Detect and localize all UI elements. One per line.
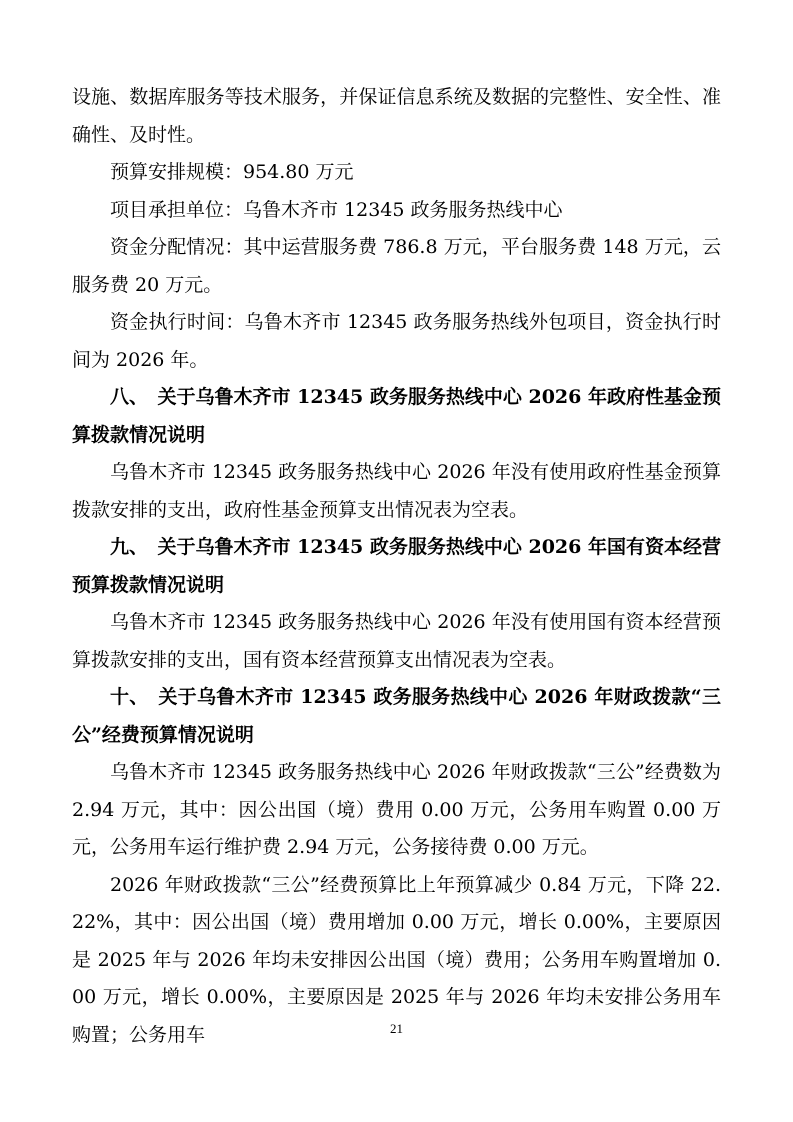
page-number: 21	[0, 1020, 793, 1038]
paragraph: 预算安排规模：954.80 万元	[72, 154, 721, 192]
paragraph: 设施、数据库服务等技术服务，并保证信息系统及数据的完整性、安全性、准确性、及时性…	[72, 79, 721, 154]
document-body: 设施、数据库服务等技术服务，并保证信息系统及数据的完整性、安全性、准确性、及时性…	[72, 79, 721, 1054]
paragraph: 资金执行时间：乌鲁木齐市 12345 政务服务热线外包项目，资金执行时间为 20…	[72, 304, 721, 379]
paragraph: 项目承担单位：乌鲁木齐市 12345 政务服务热线中心	[72, 192, 721, 230]
section-heading: 九、 关于乌鲁木齐市 12345 政务服务热线中心 2026 年国有资本经营预算…	[72, 529, 721, 604]
paragraph: 乌鲁木齐市 12345 政务服务热线中心 2026 年没有使用国有资本经营预算拨…	[72, 604, 721, 679]
section-heading: 八、 关于乌鲁木齐市 12345 政务服务热线中心 2026 年政府性基金预算拨…	[72, 379, 721, 454]
paragraph: 乌鲁木齐市 12345 政务服务热线中心 2026 年财政拨款“三公”经费数为 …	[72, 754, 721, 867]
paragraph: 资金分配情况：其中运营服务费 786.8 万元，平台服务费 148 万元，云服务…	[72, 229, 721, 304]
paragraph: 乌鲁木齐市 12345 政务服务热线中心 2026 年没有使用政府性基金预算拨款…	[72, 454, 721, 529]
document-page: 设施、数据库服务等技术服务，并保证信息系统及数据的完整性、安全性、准确性、及时性…	[0, 0, 793, 1122]
section-heading: 十、 关于乌鲁木齐市 12345 政务服务热线中心 2026 年财政拨款“三公”…	[72, 679, 721, 754]
